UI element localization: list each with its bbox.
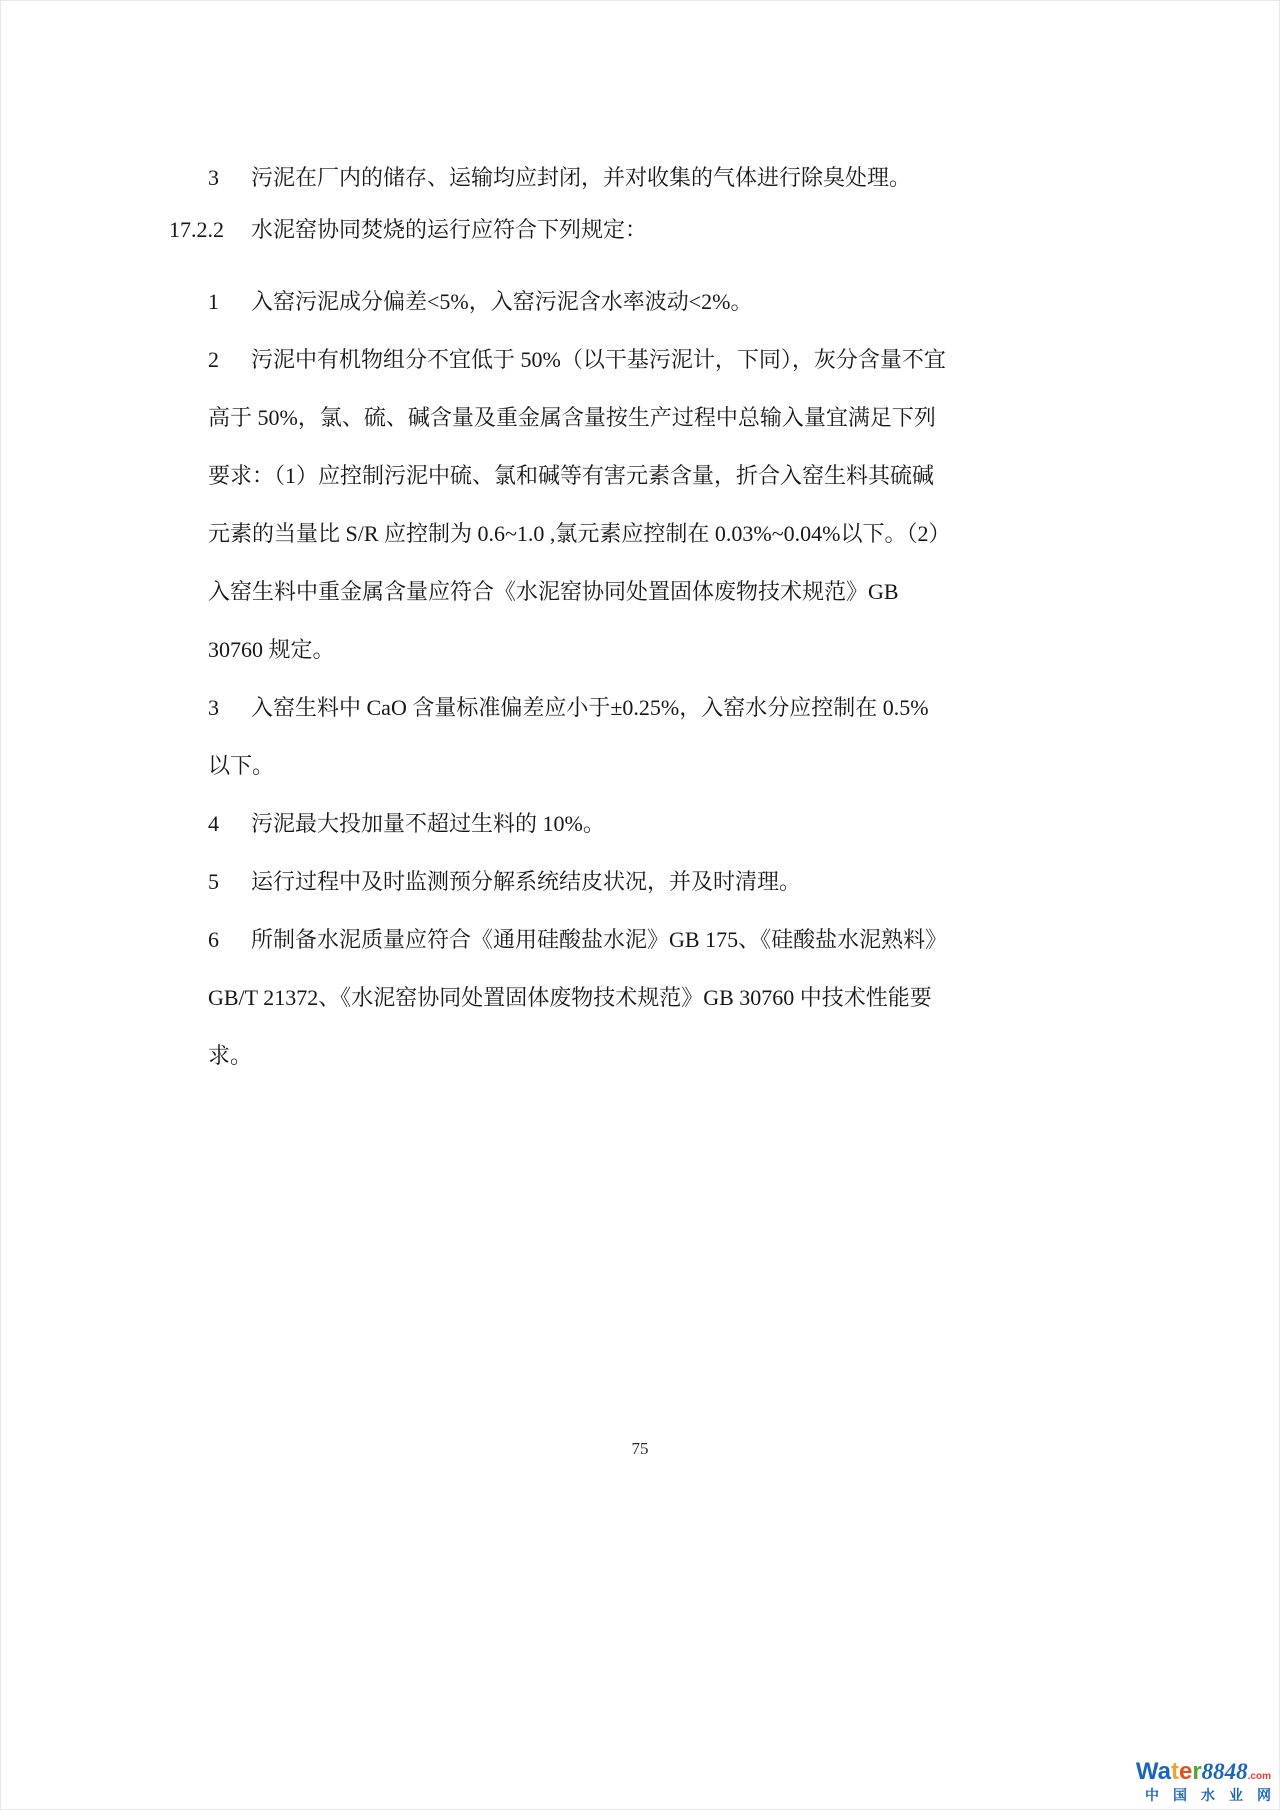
line-text: 以下。 <box>208 753 274 778</box>
text-line: 17.2.2水泥窑协同焚烧的运行应符合下列规定： <box>208 201 1068 259</box>
line-text: GB/T 21372、《水泥窑协同处置固体废物技术规范》GB 30760 中技术… <box>208 985 932 1010</box>
clause-item: 3污泥在厂内的储存、运输均应封闭，并对收集的气体进行除臭处理。 <box>208 149 1068 207</box>
brand-letter: t <box>1171 1758 1179 1785</box>
clause-item: 1入窑污泥成分偏差<5%，入窑污泥含水率波动<2%。 <box>208 273 1068 331</box>
item-number: 3 <box>208 149 251 207</box>
brand-letter: a <box>1158 1758 1171 1785</box>
text-line: 元素的当量比 S/R 应控制为 0.6~1.0 ,氯元素应控制在 0.03%~0… <box>208 505 1068 563</box>
text-line: 以下。 <box>208 737 1068 795</box>
item-number: 2 <box>208 331 251 389</box>
line-text: 要求：（1）应控制污泥中硫、氯和碱等有害元素含量，折合入窑生料其硫碱 <box>208 463 934 488</box>
item-number: 5 <box>208 853 251 911</box>
brand-letter: e <box>1179 1758 1192 1785</box>
text-line: 3入窑生料中 CaO 含量标准偏差应小于±0.25%，入窑水分应控制在 0.5% <box>208 679 1068 737</box>
line-text: 污泥最大投加量不超过生料的 10%。 <box>251 811 605 836</box>
brand-letter: r <box>1192 1758 1201 1785</box>
text-line: 6所制备水泥质量应符合《通用硅酸盐水泥》GB 175、《硅酸盐水泥熟料》 <box>208 911 1068 969</box>
brand-letter: W <box>1136 1758 1158 1785</box>
text-line: 2污泥中有机物组分不宜低于 50%（以干基污泥计，下同），灰分含量不宜 <box>208 331 1068 389</box>
line-text: 元素的当量比 S/R 应控制为 0.6~1.0 ,氯元素应控制在 0.03%~0… <box>208 521 950 546</box>
line-text: 入窑污泥成分偏差<5%，入窑污泥含水率波动<2%。 <box>251 289 752 314</box>
page-number: 75 <box>1 1439 1279 1459</box>
text-line: 30760 规定。 <box>208 621 1068 679</box>
section-heading: 17.2.2水泥窑协同焚烧的运行应符合下列规定： <box>208 201 1068 259</box>
line-text: 30760 规定。 <box>208 637 335 662</box>
line-text: 运行过程中及时监测预分解系统结皮状况，并及时清理。 <box>251 869 801 894</box>
text-line: 求。 <box>208 1027 1068 1085</box>
line-text: 污泥中有机物组分不宜低于 50%（以干基污泥计，下同），灰分含量不宜 <box>251 347 946 372</box>
text-line: 入窑生料中重金属含量应符合《水泥窑协同处置固体废物技术规范》GB <box>208 563 1068 621</box>
text-line: 5运行过程中及时监测预分解系统结皮状况，并及时清理。 <box>208 853 1068 911</box>
water8848-logo: Water8848.com 中国水业网 <box>1136 1760 1271 1802</box>
line-text: 污泥在厂内的储存、运输均应封闭，并对收集的气体进行除臭处理。 <box>251 165 911 190</box>
section-number: 17.2.2 <box>169 201 251 259</box>
text-line: GB/T 21372、《水泥窑协同处置固体废物技术规范》GB 30760 中技术… <box>208 969 1068 1027</box>
line-text: 高于 50%，氯、硫、碱含量及重金属含量按生产过程中总输入量宜满足下列 <box>208 405 936 430</box>
document-body: 3污泥在厂内的储存、运输均应封闭，并对收集的气体进行除臭处理。17.2.2水泥窑… <box>208 149 1068 1085</box>
clause-item: 2污泥中有机物组分不宜低于 50%（以干基污泥计，下同），灰分含量不宜高于 50… <box>208 331 1068 679</box>
item-number: 1 <box>208 273 251 331</box>
line-text: 水泥窑协同焚烧的运行应符合下列规定： <box>251 217 647 242</box>
clause-item: 4污泥最大投加量不超过生料的 10%。 <box>208 795 1068 853</box>
text-line: 高于 50%，氯、硫、碱含量及重金属含量按生产过程中总输入量宜满足下列 <box>208 389 1068 447</box>
item-number: 4 <box>208 795 251 853</box>
brand-number: 8848 <box>1202 1759 1248 1784</box>
document-page: 3污泥在厂内的储存、运输均应封闭，并对收集的气体进行除臭处理。17.2.2水泥窑… <box>0 0 1280 1810</box>
clause-item: 6所制备水泥质量应符合《通用硅酸盐水泥》GB 175、《硅酸盐水泥熟料》GB/T… <box>208 911 1068 1085</box>
water8848-brand: Water8848.com <box>1136 1760 1271 1784</box>
text-line: 1入窑污泥成分偏差<5%，入窑污泥含水率波动<2%。 <box>208 273 1068 331</box>
line-text: 入窑生料中重金属含量应符合《水泥窑协同处置固体废物技术规范》GB <box>208 579 899 604</box>
item-number: 3 <box>208 679 251 737</box>
text-line: 要求：（1）应控制污泥中硫、氯和碱等有害元素含量，折合入窑生料其硫碱 <box>208 447 1068 505</box>
item-number: 6 <box>208 911 251 969</box>
water8848-subtitle: 中国水业网 <box>1136 1788 1280 1802</box>
line-text: 入窑生料中 CaO 含量标准偏差应小于±0.25%，入窑水分应控制在 0.5% <box>251 695 929 720</box>
line-text: 求。 <box>208 1043 252 1068</box>
line-text: 所制备水泥质量应符合《通用硅酸盐水泥》GB 175、《硅酸盐水泥熟料》 <box>251 927 947 952</box>
clause-item: 5运行过程中及时监测预分解系统结皮状况，并及时清理。 <box>208 853 1068 911</box>
text-line: 4污泥最大投加量不超过生料的 10%。 <box>208 795 1068 853</box>
brand-word: Water <box>1136 1758 1202 1785</box>
clause-item: 3入窑生料中 CaO 含量标准偏差应小于±0.25%，入窑水分应控制在 0.5%… <box>208 679 1068 795</box>
brand-tld: .com <box>1248 1771 1271 1782</box>
text-line: 3污泥在厂内的储存、运输均应封闭，并对收集的气体进行除臭处理。 <box>208 149 1068 207</box>
